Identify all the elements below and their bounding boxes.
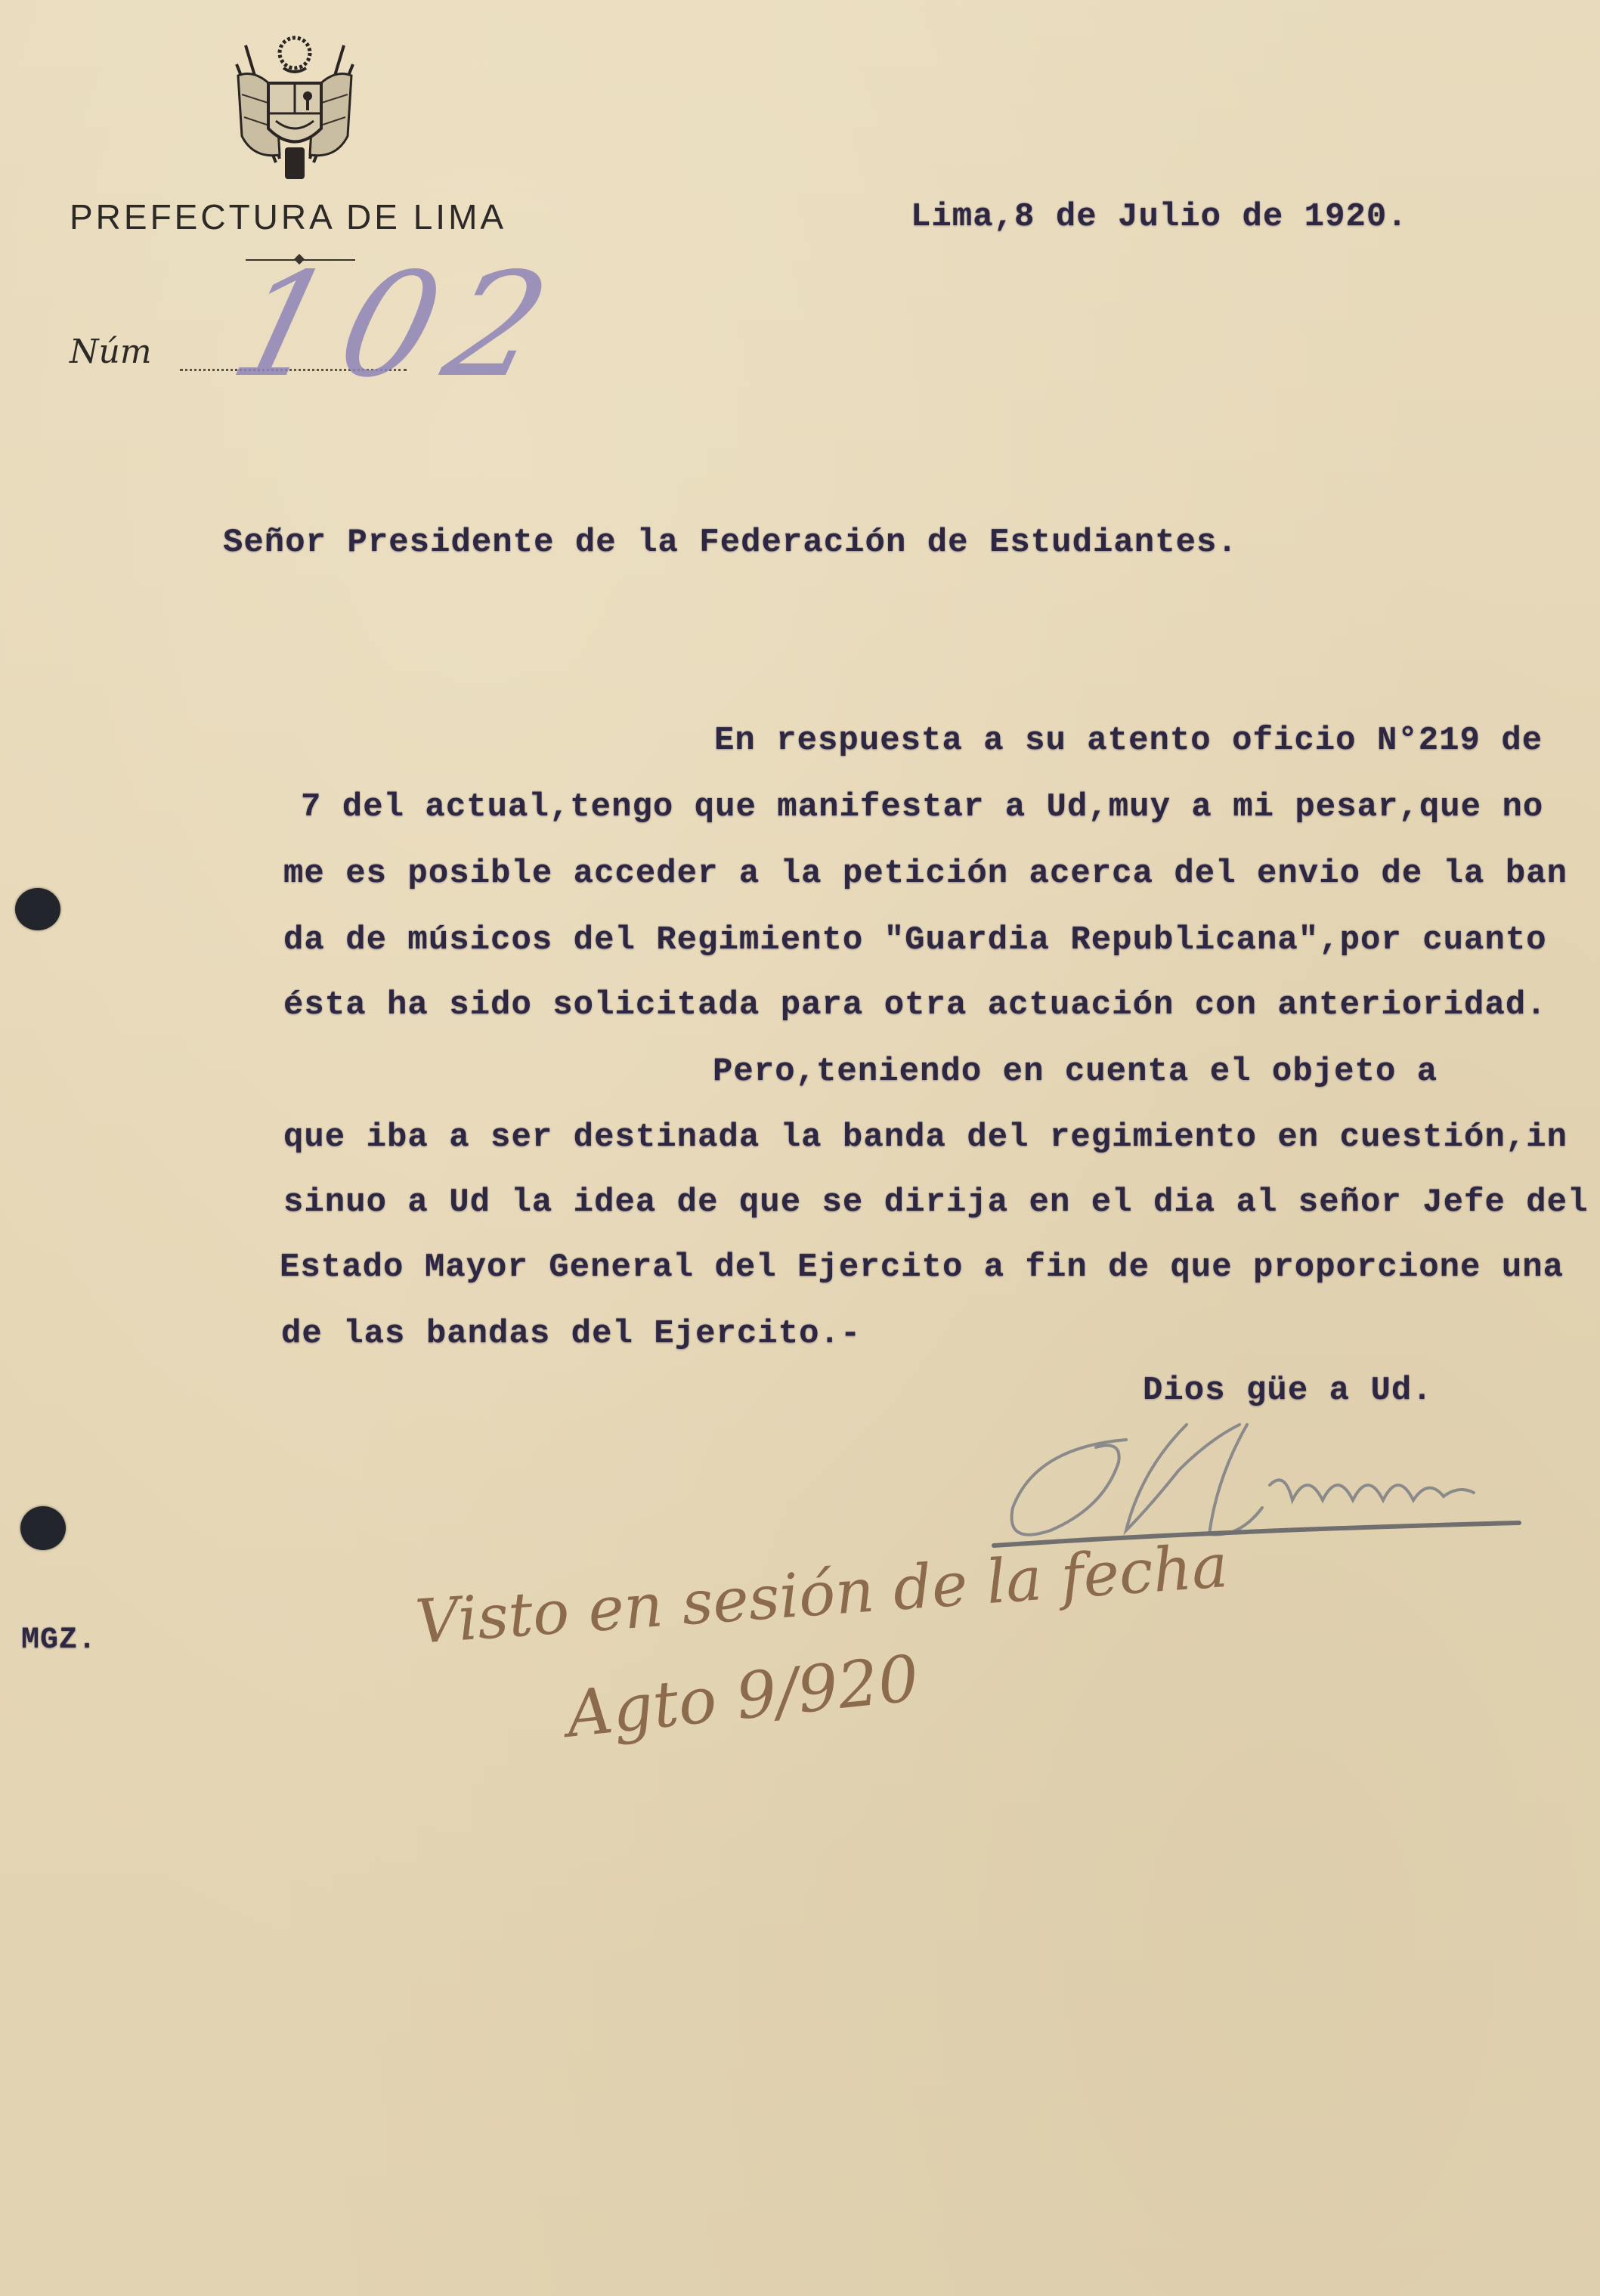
annotation-line-1: Visto en sesión de la fecha — [413, 1530, 1230, 1657]
body-line-10: de las bandas del Ejercito.- — [281, 1315, 861, 1353]
number-label: Núm — [70, 333, 152, 371]
institution-name: PREFECTURA DE LIMA — [70, 196, 506, 237]
typist-initials: MGZ. — [21, 1623, 97, 1657]
number-label-text: Núm — [70, 333, 152, 371]
body-line-1: En respuesta a su atento oficio N°219 de — [714, 722, 1543, 760]
body-line-4: da de músicos del Regimiento "Guardia Re… — [283, 921, 1547, 959]
coat-of-arms-icon — [223, 23, 367, 181]
body-line-8: sinuo a Ud la idea de que se dirija en e… — [283, 1184, 1588, 1221]
punch-hole-top — [15, 888, 60, 930]
date-line: Lima,8 de Julio de 1920. — [911, 198, 1408, 236]
punch-hole-bottom — [20, 1506, 66, 1550]
salutation: Señor Presidente de la Federación de Est… — [223, 524, 1238, 562]
body-line-5: ésta ha sido solicitada para otra actuac… — [283, 986, 1547, 1024]
signature-text: O. C. Casanave — [990, 1394, 997, 1395]
body-line-2: 7 del actual,tengo que manifestar a Ud,m… — [301, 788, 1543, 826]
body-line-7: que iba a ser destinada la banda del reg… — [283, 1119, 1568, 1156]
body-line-9: Estado Mayor General del Ejercito a fin … — [280, 1249, 1564, 1286]
annotation-line-2: Agto 9/920 — [563, 1641, 922, 1751]
body-line-6: Pero,teniendo en cuenta el objeto a — [713, 1053, 1438, 1091]
signature: O. C. Casanave — [990, 1394, 1527, 1561]
document-number: 102 — [217, 242, 578, 409]
body-line-3: me es posible acceder a la petición acer… — [283, 855, 1568, 893]
